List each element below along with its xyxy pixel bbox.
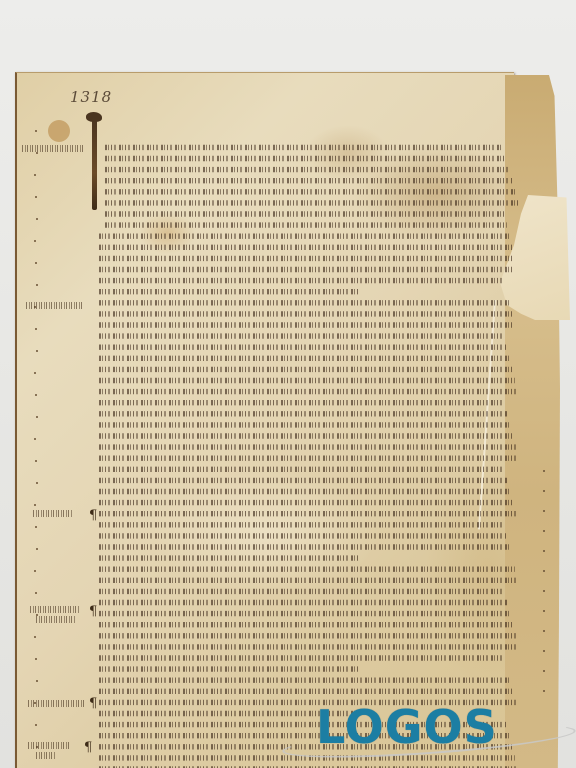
- pricking-hole: [36, 416, 38, 418]
- decorated-initial: [86, 112, 102, 212]
- marginal-note: [22, 145, 84, 152]
- pricking-hole: [543, 670, 545, 672]
- pricking-hole: [543, 650, 545, 652]
- pricking-hole: [36, 482, 38, 484]
- paragraph-mark: ¶: [89, 508, 97, 523]
- pricking-hole: [543, 510, 545, 512]
- marginal-note: [28, 742, 70, 749]
- pricking-hole: [34, 240, 36, 242]
- pricking-hole: [36, 548, 38, 550]
- pricking-hole: [35, 592, 37, 594]
- pricking-hole: [35, 328, 37, 330]
- parchment-right-edge: [505, 75, 560, 768]
- paragraph-mark: ¶: [84, 740, 92, 755]
- pricking-hole: [35, 196, 37, 198]
- pricking-hole: [36, 284, 38, 286]
- ink-stain: [48, 120, 70, 142]
- initial-stem: [92, 118, 97, 210]
- pricking-hole: [543, 590, 545, 592]
- pricking-hole: [35, 262, 37, 264]
- pricking-hole: [36, 680, 38, 682]
- pricking-hole: [34, 438, 36, 440]
- pricking-hole: [543, 690, 545, 692]
- pricking-hole: [34, 504, 36, 506]
- marginal-note: [30, 606, 80, 613]
- archive-number: 1318: [70, 88, 112, 106]
- pricking-hole: [543, 490, 545, 492]
- pricking-hole: [35, 526, 37, 528]
- pricking-hole: [34, 570, 36, 572]
- pricking-hole: [543, 570, 545, 572]
- paragraph-mark: ¶: [89, 604, 97, 619]
- pricking-hole: [36, 152, 38, 154]
- logo-text: LOGOS: [316, 700, 498, 754]
- pricking-hole: [543, 610, 545, 612]
- pricking-hole: [35, 130, 37, 132]
- pricking-hole: [34, 174, 36, 176]
- pricking-hole: [35, 394, 37, 396]
- pricking-hole: [35, 658, 37, 660]
- marginal-note: [26, 302, 84, 309]
- pricking-hole: [543, 630, 545, 632]
- pricking-hole: [35, 724, 37, 726]
- pricking-hole: [543, 530, 545, 532]
- marginal-note: [33, 510, 73, 517]
- pricking-hole: [35, 460, 37, 462]
- marginal-note: [36, 752, 56, 759]
- paragraph-mark: ¶: [89, 696, 97, 711]
- pricking-hole: [543, 470, 545, 472]
- logos-watermark: LOGOS: [312, 700, 574, 760]
- pricking-hole: [34, 372, 36, 374]
- pricking-hole: [36, 218, 38, 220]
- pricking-hole: [543, 550, 545, 552]
- pricking-hole: [36, 350, 38, 352]
- marginal-note: [36, 616, 76, 623]
- pricking-hole: [34, 636, 36, 638]
- marginal-note: [28, 700, 86, 707]
